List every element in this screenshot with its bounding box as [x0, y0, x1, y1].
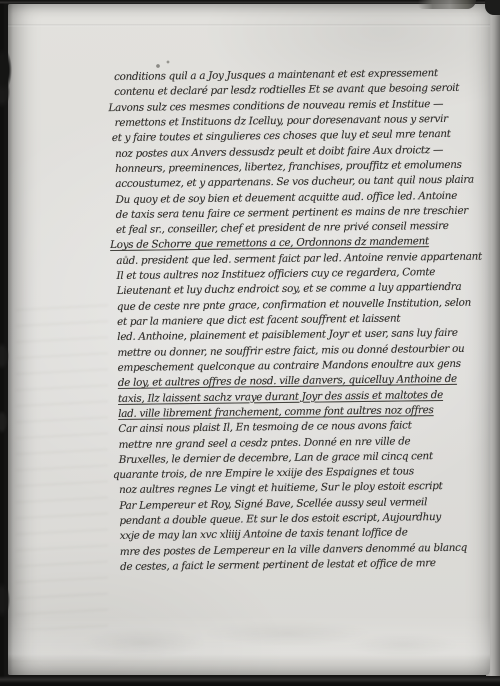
torn-paper-notch	[418, 0, 476, 9]
paper-crumple-shading	[8, 615, 490, 661]
book-binding	[0, 0, 18, 686]
paper-crease	[8, 24, 490, 27]
manuscript-text-block: conditions quil a a Joy Jusques a mainte…	[114, 65, 500, 575]
ink-bleedthrough	[16, 300, 108, 630]
manuscript-page: conditions quil a a Joy Jusques a mainte…	[8, 4, 490, 675]
manuscript-scan: conditions quil a a Joy Jusques a mainte…	[0, 0, 500, 686]
top-right-corner-shadow	[485, 0, 500, 15]
page-bottom-edge-shadow	[0, 676, 500, 686]
